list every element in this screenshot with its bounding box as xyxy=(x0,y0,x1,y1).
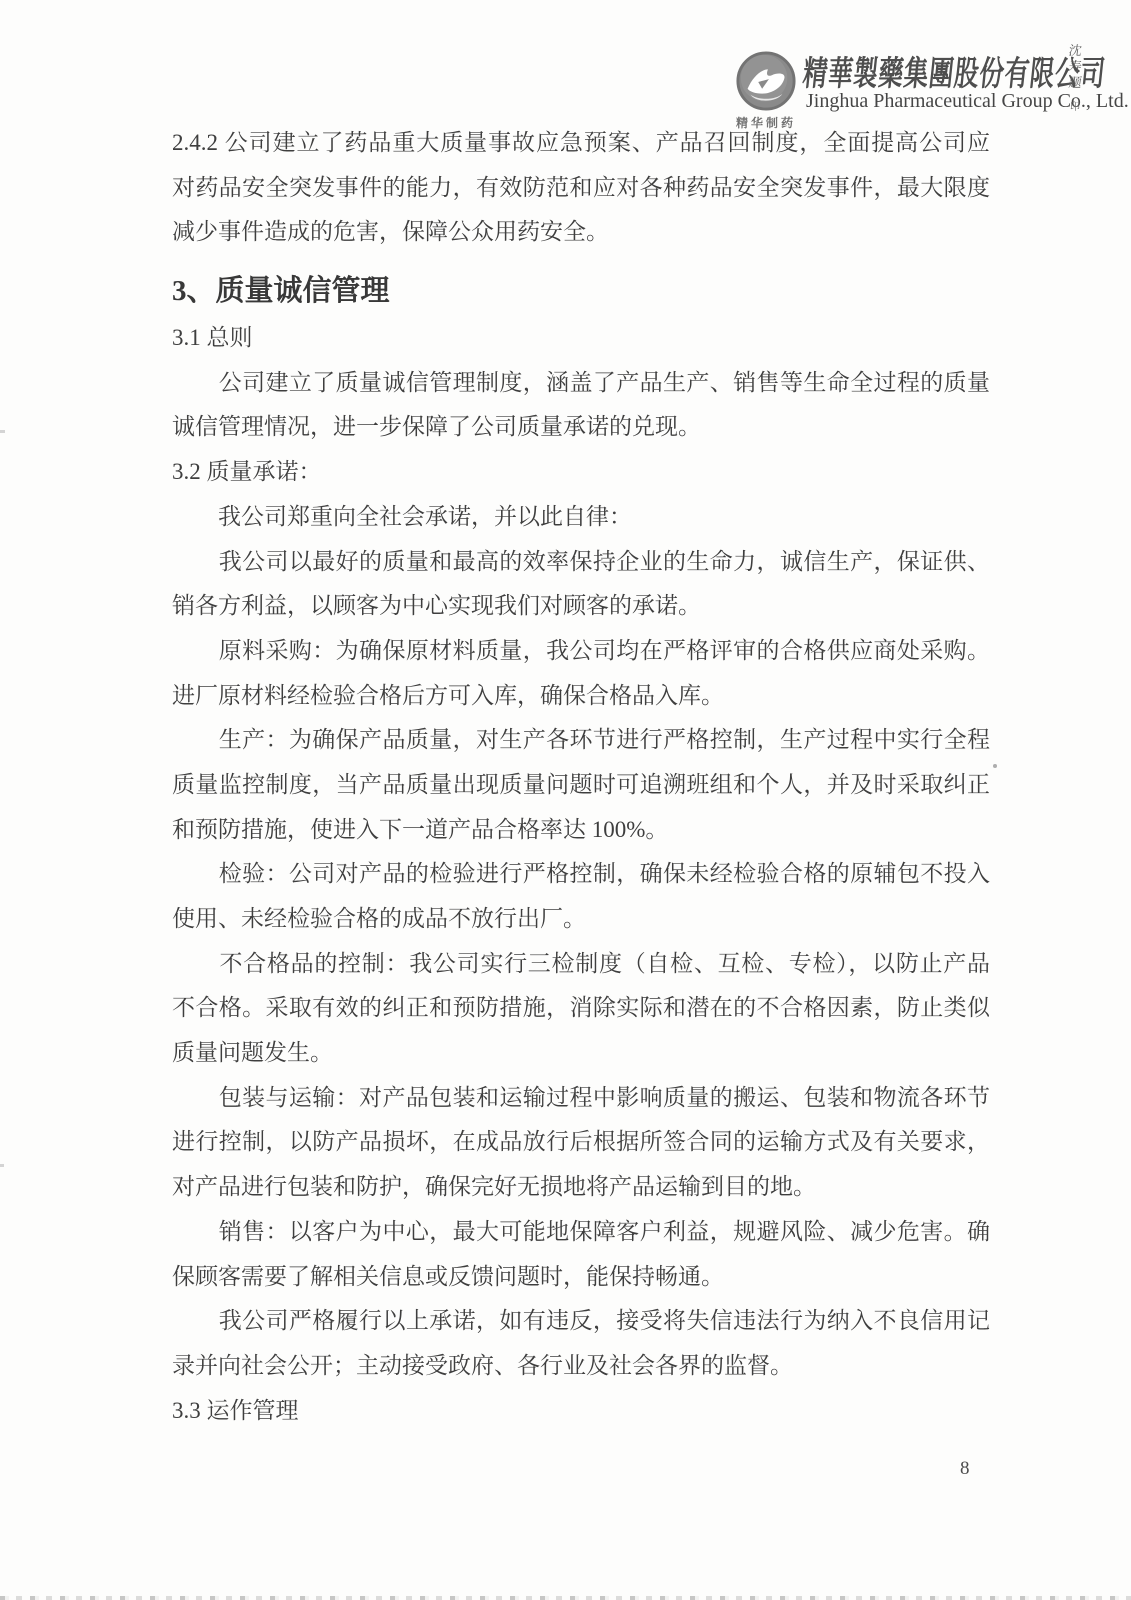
text-line: 质量监控制度，当产品质量出现质量问题时可追溯班组和个人，并及时采取纠正 xyxy=(172,763,990,808)
text-line: 对产品进行包装和防护，确保完好无损地将产品运输到目的地。 xyxy=(172,1165,990,1210)
text-line: 对药品安全突发事件的能力，有效防范和应对各种药品安全突发事件，最大限度 xyxy=(172,166,990,211)
section-subheading: 3.3 运作管理 xyxy=(172,1389,990,1434)
section-subheading: 3.1 总则 xyxy=(172,316,990,361)
company-name-zh: 精華製藥集團股份有限公司 xyxy=(801,46,993,95)
text-line: 销各方利益，以顾客为中心实现我们对顾客的承诺。 xyxy=(172,584,990,629)
text-line: 包装与运输：对产品包装和运输过程中影响质量的搬运、包装和物流各环节 xyxy=(172,1076,990,1121)
text-line: 使用、未经检验合格的成品不放行出厂。 xyxy=(172,897,990,942)
text-line: 我公司郑重向全社会承诺，并以此自律： xyxy=(172,495,990,540)
text-line: 检验：公司对产品的检验进行严格控制，确保未经检验合格的原辅包不投入 xyxy=(172,852,990,897)
scan-artifact-dot xyxy=(993,764,997,768)
page-number: 8 xyxy=(960,1458,970,1480)
header: 精华制药 精華製藥集團股份有限公司 Jinghua Pharmaceutical… xyxy=(0,0,1131,130)
signature-seal: 印 xyxy=(1066,101,1084,114)
company-logo-icon xyxy=(735,50,797,112)
text-line: 质量问题发生。 xyxy=(172,1031,990,1076)
bottom-scan-artifact xyxy=(0,1596,1131,1600)
section-heading: 3、质量诚信管理 xyxy=(172,267,990,316)
text-line: 2.4.2 公司建立了药品重大质量事故应急预案、产品召回制度，全面提高公司应 xyxy=(172,121,990,166)
text-line: 减少事件造成的危害，保障公众用药安全。 xyxy=(172,210,990,255)
section-subheading: 3.2 质量承诺： xyxy=(172,450,990,495)
text-line: 不合格。采取有效的纠正和预防措施，消除实际和潜在的不合格因素，防止类似 xyxy=(172,986,990,1031)
text-line: 不合格品的控制：我公司实行三检制度（自检、互检、专检），以防止产品 xyxy=(172,942,990,987)
scan-edge-speck xyxy=(0,430,5,433)
text-line: 录并向社会公开；主动接受政府、各行业及社会各界的监督。 xyxy=(172,1344,990,1389)
text-line: 和预防措施，使进入下一道产品合格率达 100%。 xyxy=(172,808,990,853)
company-name-en: Jinghua Pharmaceutical Group Co., Ltd. xyxy=(806,90,1066,113)
text-line: 保顾客需要了解相关信息或反馈问题时，能保持畅通。 xyxy=(172,1255,990,1300)
text-line: 进行控制，以防产品损坏，在成品放行后根据所签合同的运输方式及有关要求， xyxy=(172,1120,990,1165)
signature-char: 题 xyxy=(1065,76,1085,92)
text-line: 我公司严格履行以上承诺，如有违反，接受将失信违法行为纳入不良信用记 xyxy=(172,1299,990,1344)
document-body: 2.4.2 公司建立了药品重大质量事故应急预案、产品召回制度，全面提高公司应对药… xyxy=(172,121,990,1433)
page: 精华制药 精華製藥集團股份有限公司 Jinghua Pharmaceutical… xyxy=(0,0,1131,1600)
text-line: 诚信管理情况，进一步保障了公司质量承诺的兑现。 xyxy=(172,405,990,450)
company-logo: 精华制药 xyxy=(722,50,810,131)
text-line: 进厂原材料经检验合格后方可入库，确保合格品入库。 xyxy=(172,674,990,719)
signature-char: 寿 xyxy=(1065,60,1085,76)
text-line: 公司建立了质量诚信管理制度，涵盖了产品生产、销售等生命全过程的质量 xyxy=(172,361,990,406)
text-line: 生产：为确保产品质量，对生产各环节进行严格控制，生产过程中实行全程 xyxy=(172,718,990,763)
signature-mark: 沈 寿 题 印 xyxy=(1066,44,1084,114)
scan-edge-speck xyxy=(0,1164,4,1167)
text-line: 我公司以最好的质量和最高的效率保持企业的生命力，诚信生产，保证供、 xyxy=(172,540,990,585)
text-line: 销售：以客户为中心，最大可能地保障客户利益，规避风险、减少危害。确 xyxy=(172,1210,990,1255)
signature-char: 沈 xyxy=(1065,44,1085,60)
text-line: 原料采购：为确保原材料质量，我公司均在严格评审的合格供应商处采购。 xyxy=(172,629,990,674)
